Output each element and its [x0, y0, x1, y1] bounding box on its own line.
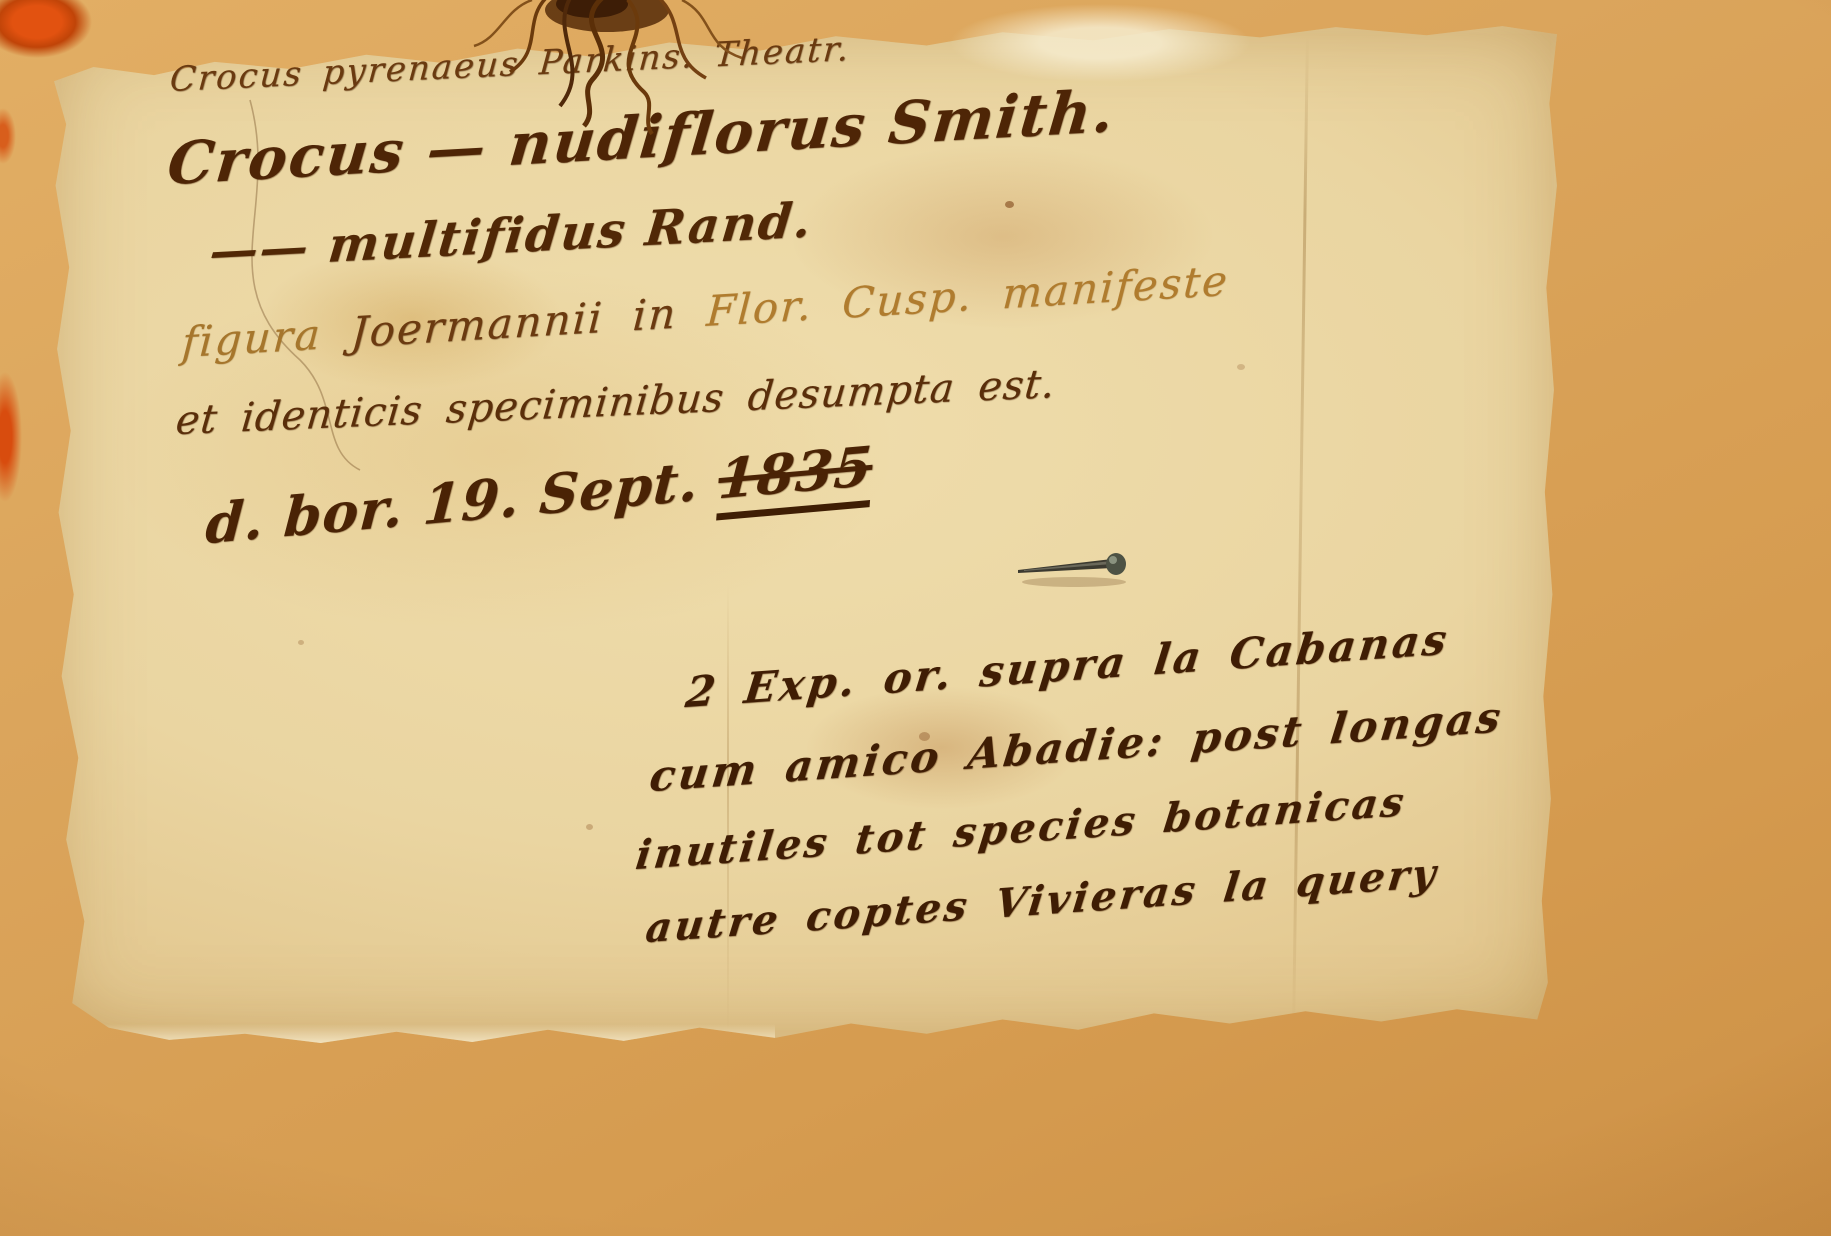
backing-red-patch-top-left	[0, 0, 92, 58]
stain-speck	[298, 640, 304, 645]
stain-speck	[1005, 201, 1014, 208]
backing-red-patch-left-small	[0, 108, 16, 164]
torn-edge-highlight	[78, 1024, 775, 1044]
photo-herbarium-label: Crocus pyrenaeus Parkins. Theatr. Crocus…	[0, 0, 1831, 1236]
stain-speck	[1237, 364, 1245, 370]
metal-pin	[1016, 546, 1136, 592]
paper-crease-lower	[727, 584, 729, 1034]
backing-red-patch-left-edge	[0, 372, 22, 502]
overwritten-year: 1835	[716, 433, 875, 520]
plant-fiber-tuft	[452, 0, 762, 154]
faded-word: figura	[180, 308, 352, 367]
stain-speck	[586, 824, 593, 830]
pale-paper-fragment	[950, 4, 1250, 82]
